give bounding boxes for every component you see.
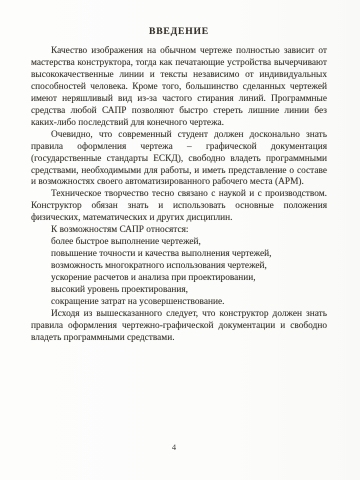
paragraph: К возможностям САПР относятся: [31, 225, 327, 237]
scanned-page: ВВЕДЕНИЕ Качество изображения на обычном… [0, 0, 360, 480]
list-line: возможность многократного использования … [31, 261, 327, 273]
page-title: ВВЕДЕНИЕ [31, 26, 327, 37]
paragraph: Очевидно, что современный студент должен… [31, 130, 327, 190]
list-line: более быстрое выполнение чертежей, [31, 237, 327, 249]
paragraph: Техническое творчество тесно связано с н… [31, 189, 327, 225]
list-line: сокращение затрат на усовершенствование. [31, 297, 327, 309]
document-body: Качество изображения на обычном чертеже … [31, 46, 327, 345]
paragraph: Исходя из вышесказанного следует, что ко… [31, 309, 327, 345]
paragraph: Качество изображения на обычном чертеже … [31, 46, 327, 130]
document-content: ВВЕДЕНИЕ Качество изображения на обычном… [31, 26, 327, 345]
list-line: ускорение расчетов и анализа при проекти… [31, 273, 327, 285]
list-line: повышение точности и качества выполнения… [31, 249, 327, 261]
list-line: высокий уровень проектирования, [31, 285, 327, 297]
page-number: 4 [0, 442, 348, 452]
